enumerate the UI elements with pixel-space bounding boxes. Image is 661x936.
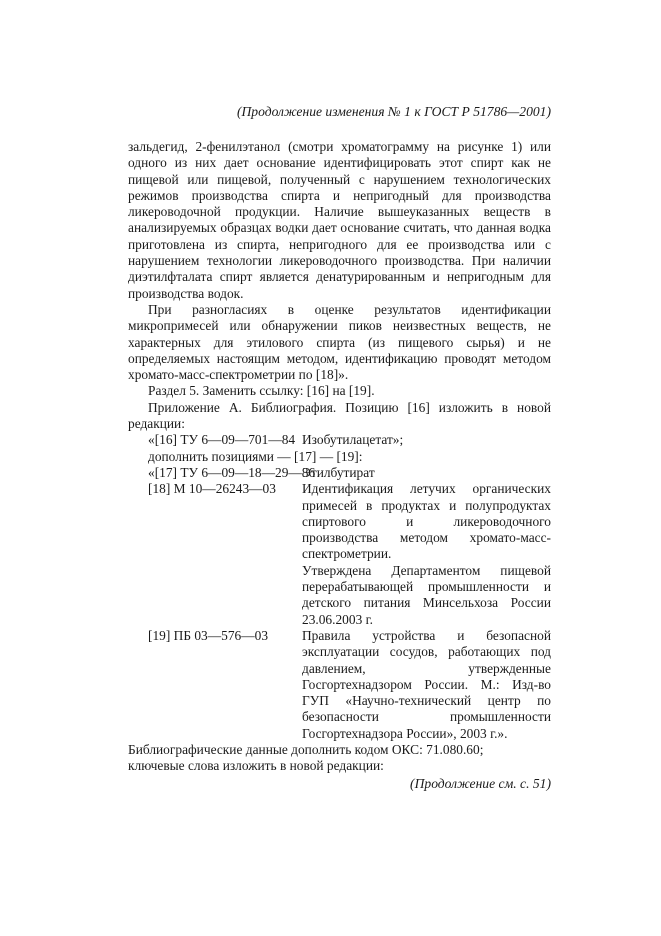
bib-code: [18] М 10—26243—03 [128,481,302,628]
bib-code: [19] ПБ 03—576—03 [128,628,302,742]
paragraph-section5-reference: Раздел 5. Заменить ссылку: [16] на [19]. [128,383,551,399]
document-body: зальдегид, 2-фенилэтанол (смотри хромато… [128,139,551,775]
bib-description: Изобутилацетат»; [302,432,551,448]
keywords-note: ключевые слова изложить в новой редакции… [128,758,551,774]
bibliography-entry-16: «[16] ТУ 6—09—701—84 Изобутилацетат»; [128,432,551,448]
bib-approval: Утверждена Департаментом пищевой перераб… [302,563,551,628]
bibliography-entry-19: [19] ПБ 03—576—03 Правила устройства и б… [128,628,551,742]
bibliography-entry-17: «[17] ТУ 6—09—18—29—86 Этилбутират [128,465,551,481]
paragraph-appendix-a: Приложение А. Библиография. Позицию [16]… [128,400,551,433]
paragraph-disagreements: При разногласиях в оценке результатов ид… [128,302,551,383]
paragraph-identification-result: зальдегид, 2-фенилэтанол (смотри хромато… [128,139,551,302]
bib-description: Этилбутират [302,465,551,481]
bib-description: Идентификация летучих органических приме… [302,481,551,562]
bib-code: «[17] ТУ 6—09—18—29—86 [128,465,302,481]
continuation-footer: (Продолжение см. с. 51) [410,776,551,792]
add-positions-note: дополнить позициями — [17] — [19]: [128,449,551,465]
bibliography-entry-18: [18] М 10—26243—03 Идентификация летучих… [128,481,551,628]
bib-description-block: Идентификация летучих органических приме… [302,481,551,628]
continuation-header: (Продолжение изменения № 1 к ГОСТ Р 5178… [237,104,551,120]
bib-code: «[16] ТУ 6—09—701—84 [128,432,302,448]
bibliography-list: «[16] ТУ 6—09—701—84 Изобутилацетат»; до… [128,432,551,742]
bib-description: Правила устройства и безопасной эксплуат… [302,628,551,742]
oks-code-note: Библиографические данные дополнить кодом… [128,742,551,758]
